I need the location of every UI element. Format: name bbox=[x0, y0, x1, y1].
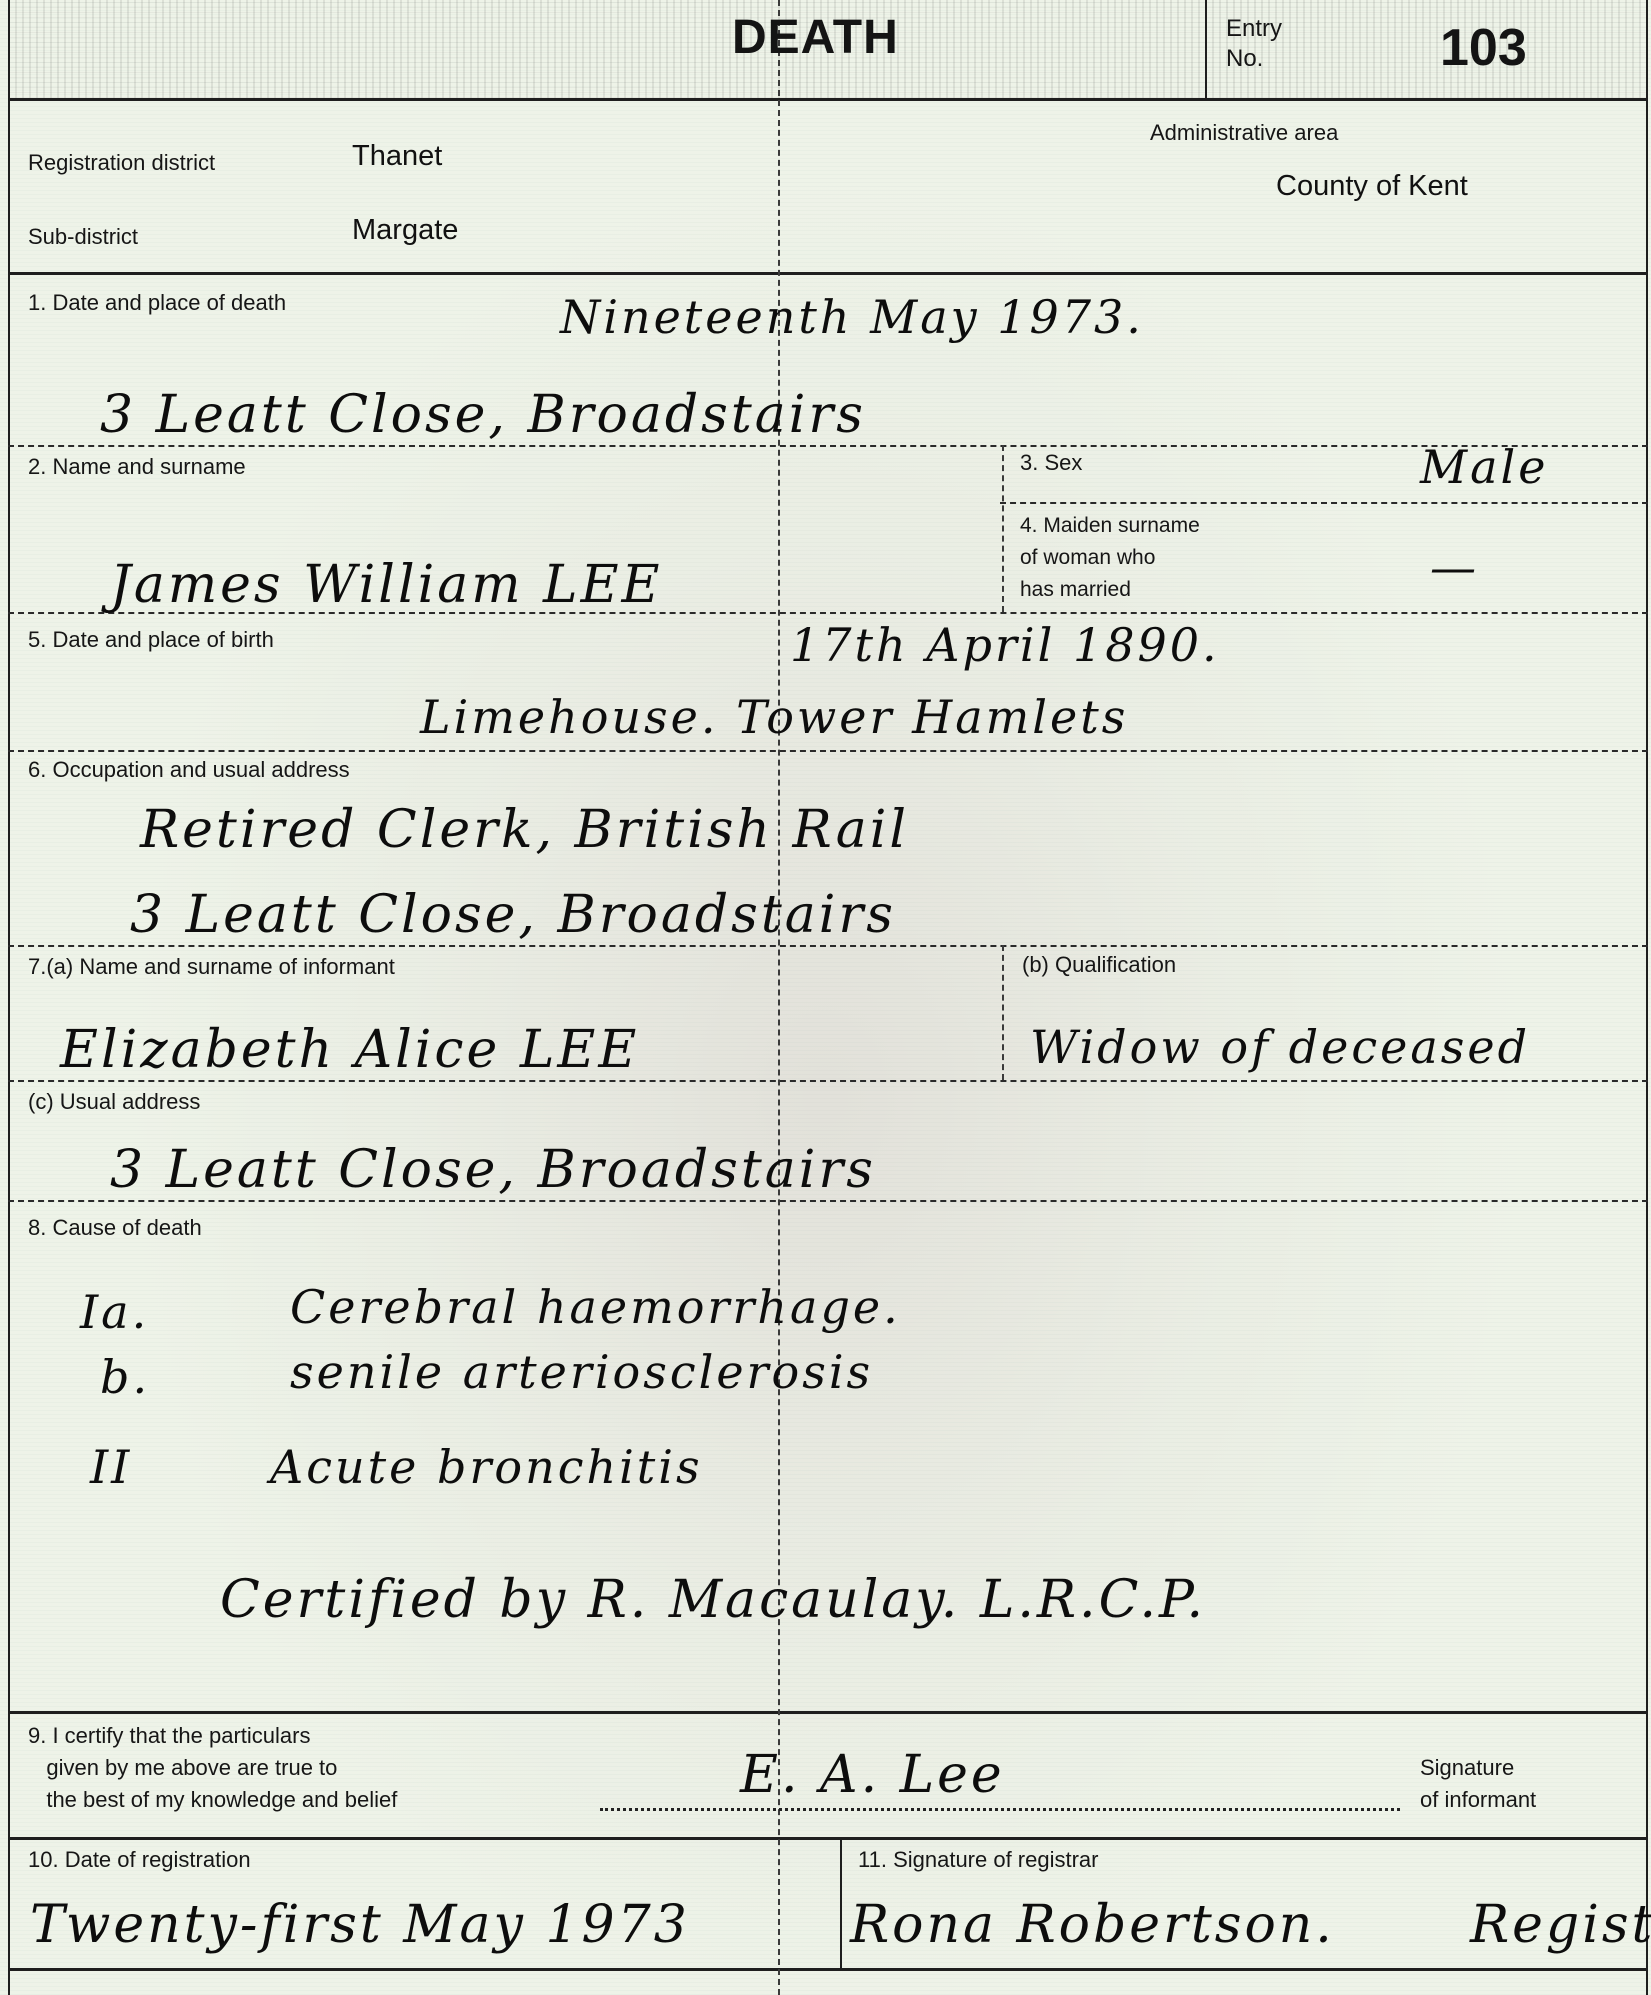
cause-num-1: Ia. bbox=[80, 1285, 149, 1339]
administrative-area-value: County of Kent bbox=[1276, 170, 1468, 203]
maiden-surname-value: — bbox=[1430, 540, 1479, 594]
informant-signature: E. A. Lee bbox=[740, 1745, 1005, 1805]
name-value: James William LEE bbox=[110, 555, 663, 615]
rule-9 bbox=[8, 1837, 1648, 1840]
frame-left bbox=[8, 0, 10, 1995]
cause-text-1: Cerebral haemorrhage. bbox=[290, 1280, 901, 1334]
rule-qual-col bbox=[1002, 945, 1004, 1080]
rule-sex-col bbox=[1002, 445, 1004, 612]
certificate-title: DEATH bbox=[732, 10, 899, 65]
rule-7c bbox=[8, 1200, 1648, 1202]
qualification-value: Widow of deceased bbox=[1030, 1020, 1530, 1074]
occupation-value: Retired Clerk, British Rail bbox=[140, 800, 909, 860]
death-place: 3 Leatt Close, Broadstairs bbox=[100, 385, 866, 445]
rule-entry bbox=[1205, 0, 1207, 98]
entry-label: Entry bbox=[1226, 14, 1282, 44]
occupation-label: 6. Occupation and usual address bbox=[28, 755, 350, 785]
maiden-surname-label: 4. Maiden surname of woman who has marri… bbox=[1020, 510, 1200, 606]
name-label: 2. Name and surname bbox=[28, 452, 246, 482]
rule-6 bbox=[8, 945, 1648, 947]
death-date: Nineteenth May 1973. bbox=[560, 290, 1144, 344]
cause-text-3: Acute bronchitis bbox=[270, 1440, 703, 1494]
rule-header bbox=[8, 98, 1648, 101]
cause-num-3: II bbox=[90, 1440, 132, 1494]
cause-certified: Certified by R. Macaulay. L.R.C.P. bbox=[220, 1570, 1206, 1630]
administrative-area-label: Administrative area bbox=[1150, 118, 1338, 148]
birth-label: 5. Date and place of birth bbox=[28, 625, 274, 655]
sub-district-value: Margate bbox=[352, 214, 458, 247]
sub-district-label: Sub-district bbox=[28, 222, 138, 252]
entry-number: 103 bbox=[1440, 18, 1527, 78]
informant-address-label: (c) Usual address bbox=[28, 1087, 200, 1117]
qualification-label: (b) Qualification bbox=[1022, 950, 1176, 980]
sex-value: Male bbox=[1420, 440, 1548, 494]
occupation-address: 3 Leatt Close, Broadstairs bbox=[130, 885, 896, 945]
death-label: 1. Date and place of death bbox=[28, 288, 286, 318]
rule-3 bbox=[1000, 502, 1648, 504]
rule-bottom bbox=[8, 1968, 1648, 1971]
birth-date: 17th April 1890. bbox=[790, 618, 1220, 672]
informant-label: 7.(a) Name and surname of informant bbox=[28, 952, 395, 982]
rule-admin bbox=[8, 272, 1648, 275]
informant-address-value: 3 Leatt Close, Broadstairs bbox=[110, 1140, 876, 1200]
registrar-label: 11. Signature of registrar bbox=[858, 1845, 1099, 1875]
registrar-signature: Rona Robertson. bbox=[850, 1895, 1335, 1955]
cause-num-2: b. bbox=[100, 1350, 150, 1404]
registration-district-value: Thanet bbox=[352, 140, 442, 173]
sex-label: 3. Sex bbox=[1020, 448, 1082, 478]
rule-8 bbox=[8, 1711, 1648, 1714]
registration-district-label: Registration district bbox=[28, 148, 215, 178]
birth-place: Limehouse. Tower Hamlets bbox=[420, 690, 1128, 744]
frame-right bbox=[1646, 0, 1648, 1995]
informant-signature-label: Signature of informant bbox=[1420, 1752, 1536, 1816]
rule-5 bbox=[8, 750, 1648, 752]
registration-date-value: Twenty-first May 1973 bbox=[30, 1895, 690, 1955]
registration-date-label: 10. Date of registration bbox=[28, 1845, 251, 1875]
rule-1 bbox=[8, 445, 1648, 447]
informant-value: Elizabeth Alice LEE bbox=[60, 1020, 639, 1080]
signature-dotted-line bbox=[600, 1808, 1400, 1811]
certify-label: 9. I certify that the particulars given … bbox=[28, 1720, 397, 1816]
entry-no-label: No. bbox=[1226, 44, 1263, 74]
death-certificate: DEATH Entry No. 103 Registration distric… bbox=[0, 0, 1651, 1995]
cause-text-2: senile arteriosclerosis bbox=[290, 1345, 873, 1399]
rule-registrar-col bbox=[840, 1837, 842, 1968]
registrar-title: Registrar bbox=[1470, 1895, 1651, 1955]
rule-7 bbox=[8, 1080, 1648, 1082]
cause-label: 8. Cause of death bbox=[28, 1213, 202, 1243]
